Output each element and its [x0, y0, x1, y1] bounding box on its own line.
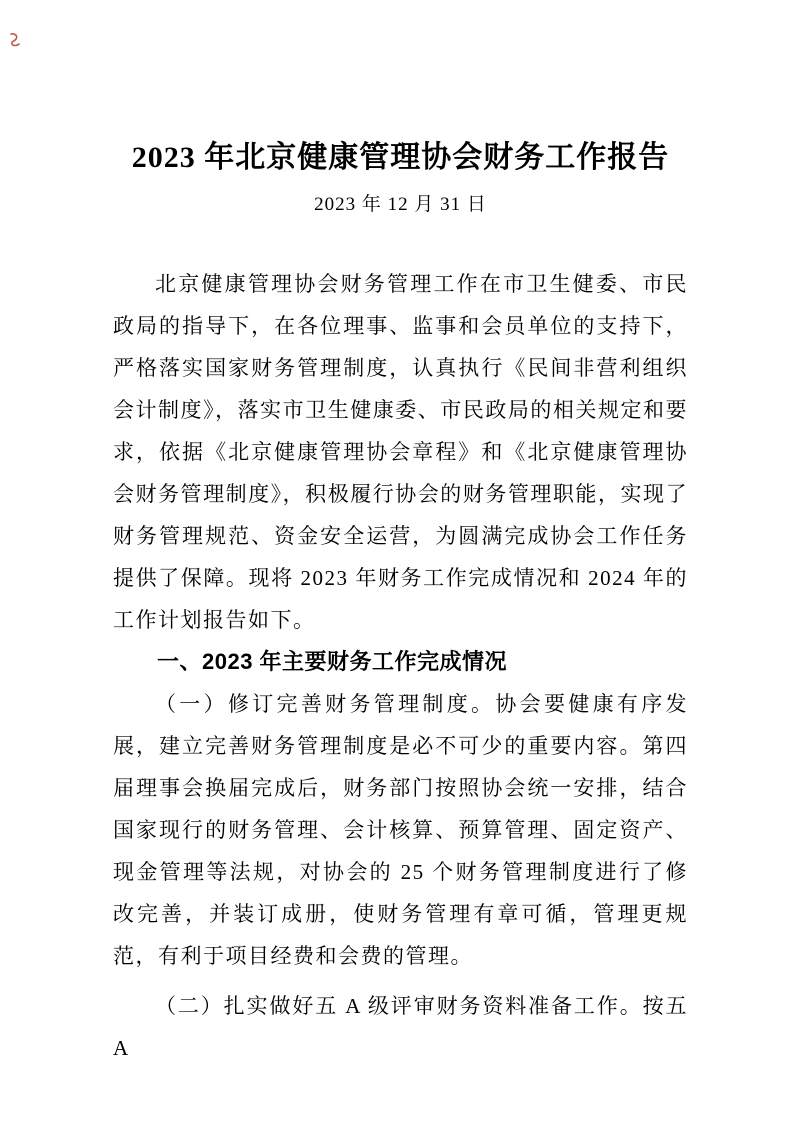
document-page: 2023 年北京健康管理协会财务工作报告 2023 年 12 月 31 日 北京… — [0, 0, 800, 1131]
section-heading-1: 一、2023 年主要财务工作完成情况 — [113, 641, 688, 683]
document-date: 2023 年 12 月 31 日 — [113, 191, 688, 218]
document-title: 2023 年北京健康管理协会财务工作报告 — [113, 138, 688, 178]
paragraph-item-2: （二）扎实做好五 A 级评审财务资料准备工作。按五 A — [113, 985, 688, 1069]
paragraph-item-1: （一）修订完善财务管理制度。协会要健康有序发展，建立完善财务管理制度是必不可少的… — [113, 683, 688, 977]
paragraph-intro: 北京健康管理协会财务管理工作在市卫生健委、市民政局的指导下，在各位理事、监事和会… — [113, 263, 688, 641]
document-content: 2023 年北京健康管理协会财务工作报告 2023 年 12 月 31 日 北京… — [0, 0, 800, 1069]
